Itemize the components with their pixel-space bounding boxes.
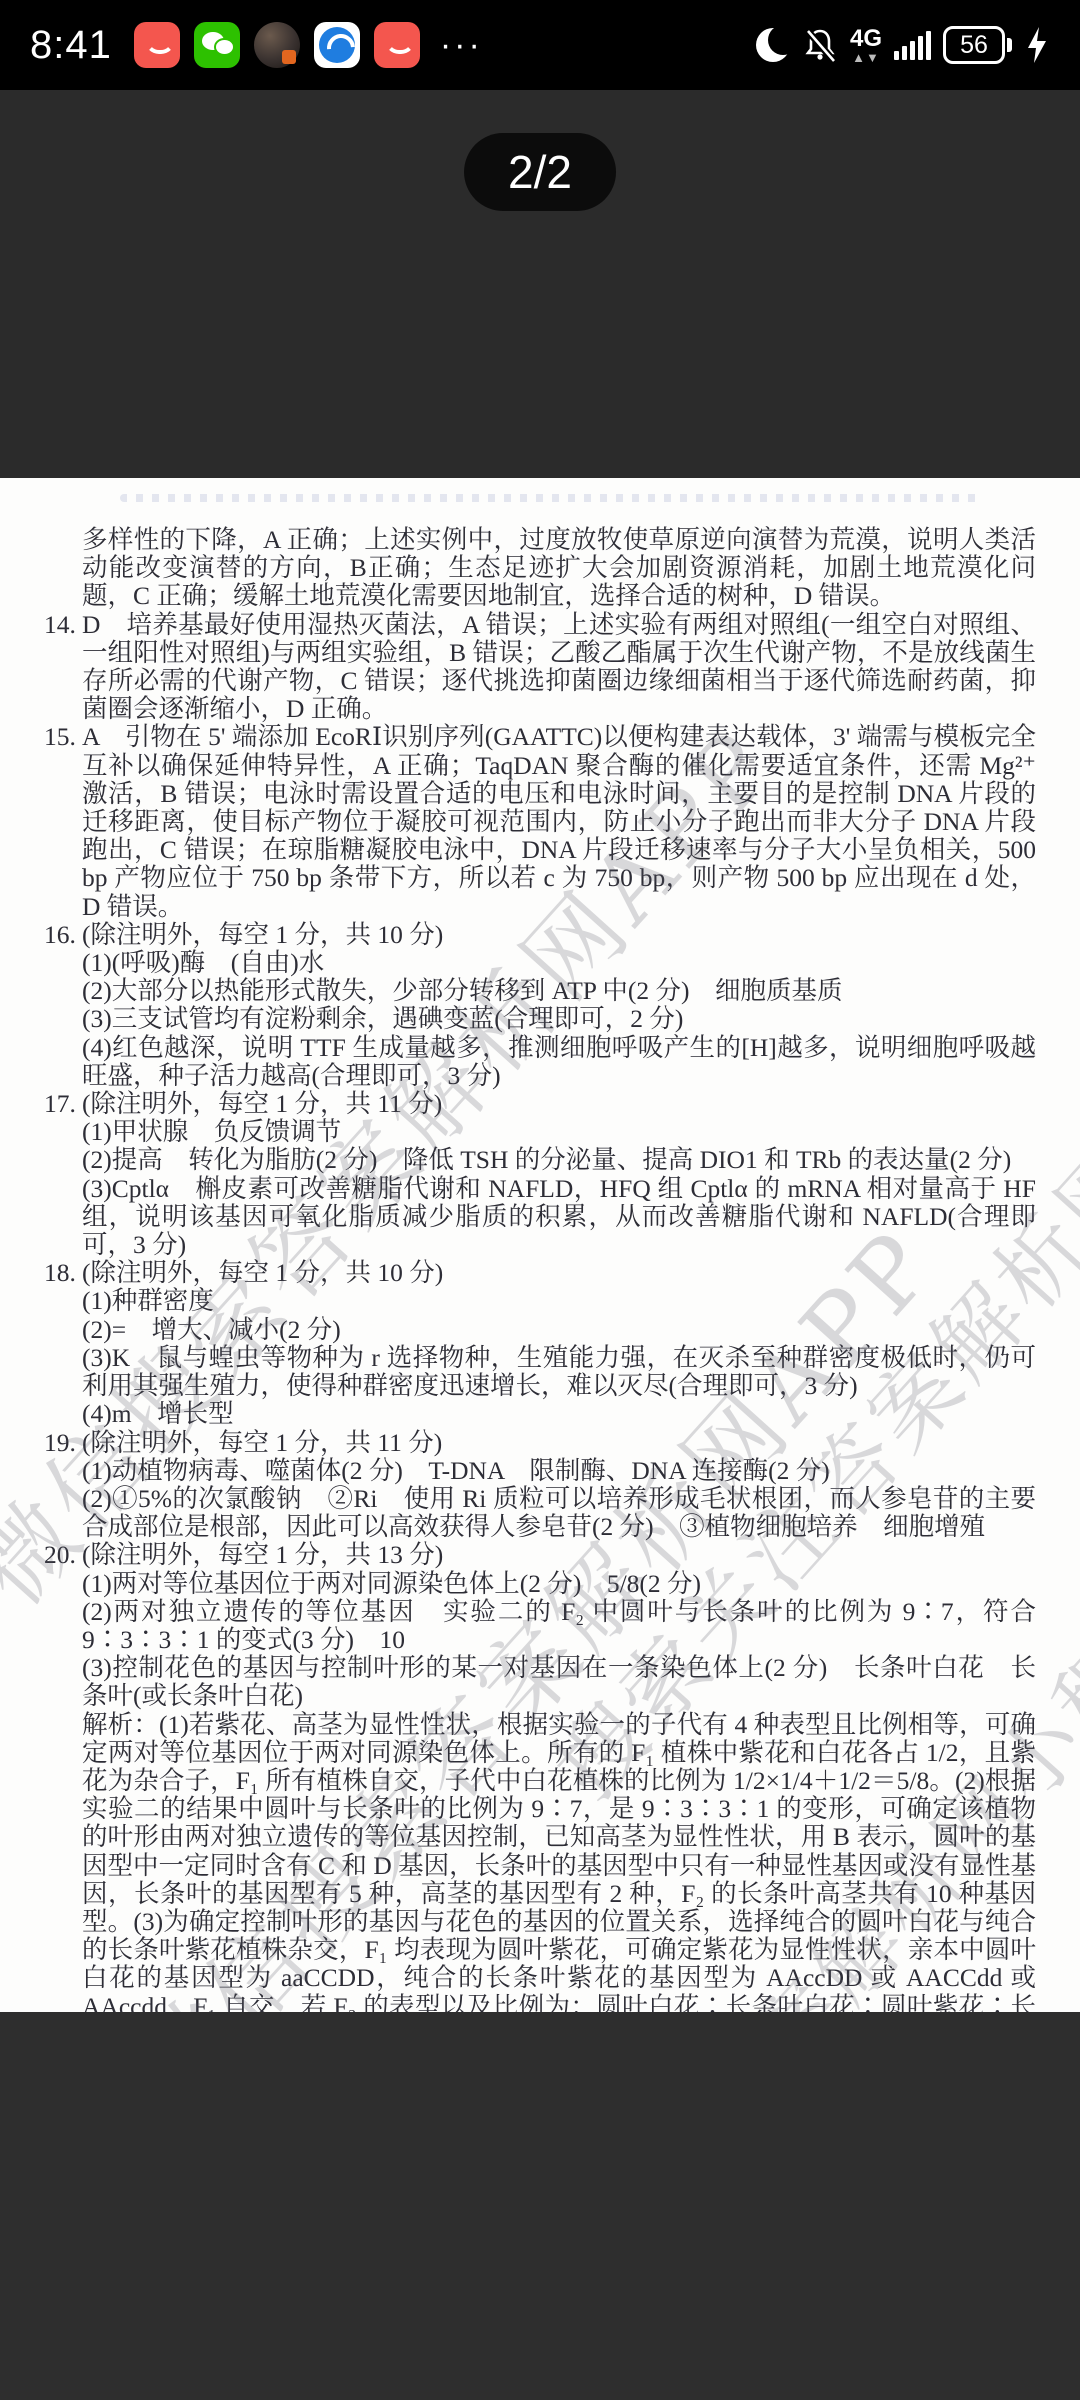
avatar-notification-icon — [254, 22, 300, 68]
answer-item: 16.(除注明外，每空 1 分，共 10 分)(1)(呼吸)酶 (自由)水(2)… — [44, 921, 1036, 1090]
item-number: 17. — [44, 1090, 76, 1118]
item-number: 20. — [44, 1541, 76, 1569]
item-part: (4)m 增长型 — [82, 1400, 1036, 1428]
charging-bolt-icon — [1024, 25, 1050, 65]
item-part: (2)提高 转化为脂肪(2 分) 降低 TSH 的分泌量、提高 DIO1 和 T… — [82, 1146, 1036, 1174]
item-part: 多样性的下降，A 正确；上述实例中，过度放牧使草原逆向演替为荒漠，说明人类活动能… — [82, 526, 1036, 611]
item-part: (2)大部分以热能形式散失，少部分转移到 ATP 中(2 分) 细胞质基质 — [82, 977, 1036, 1005]
item-number: 14. — [44, 611, 76, 639]
item-part: (除注明外，每空 1 分，共 11 分) — [82, 1090, 1036, 1118]
answer-item: 17.(除注明外，每空 1 分，共 11 分)(1)甲状腺 负反馈调节(2)提高… — [44, 1090, 1036, 1259]
battery-indicator: 56 — [943, 26, 1012, 64]
viewer-background-bottom — [0, 2012, 1080, 2400]
mute-bell-icon — [802, 27, 838, 63]
answer-item: 19.(除注明外，每空 1 分，共 11 分)(1)动植物病毒、噬菌体(2 分)… — [44, 1429, 1036, 1542]
item-part: (1)种群密度 — [82, 1287, 1036, 1315]
item-part: (除注明外，每空 1 分，共 10 分) — [82, 1259, 1036, 1287]
answer-text-block: 多样性的下降，A 正确；上述实例中，过度放牧使草原逆向演替为荒漠，说明人类活动能… — [0, 502, 1080, 2012]
item-part: (1)两对等位基因位于两对同源染色体上(2 分) 5/8(2 分) — [82, 1570, 1036, 1598]
item-part: (1)(呼吸)酶 (自由)水 — [82, 949, 1036, 977]
item-part: D 培养基最好使用湿热灭菌法，A 错误；上述实验有两组对照组(一组空白对照组、一… — [82, 611, 1036, 724]
do-not-disturb-moon-icon — [756, 28, 790, 62]
viewer-background-top: 2/2 — [0, 90, 1080, 478]
item-number: 15. — [44, 723, 76, 751]
answer-item: 20.(除注明外，每空 1 分，共 13 分)(1)两对等位基因位于两对同源染色… — [44, 1541, 1036, 2012]
faded-scan-artifact — [120, 494, 980, 502]
shopping-app-icon — [374, 22, 420, 68]
wechat-app-icon — [194, 22, 240, 68]
document-page[interactable]: 多样性的下降，A 正确；上述实例中，过度放牧使草原逆向演替为荒漠，说明人类活动能… — [0, 478, 1080, 2012]
item-part: (2)两对独立遗传的等位基因 实验二的 F₂ 中圆叶与长条叶的比例为 9∶7，符… — [82, 1598, 1036, 1654]
item-part: (除注明外，每空 1 分，共 10 分) — [82, 921, 1036, 949]
answer-item: 18.(除注明外，每空 1 分，共 10 分)(1)种群密度(2)= 增大、减小… — [44, 1259, 1036, 1428]
shopping-app-icon — [134, 22, 180, 68]
item-part: (4)红色越深，说明 TTF 生成量越多，推测细胞呼吸产生的[H]越多，说明细胞… — [82, 1034, 1036, 1090]
item-part: (3)三支试管均有淀粉剩余，遇碘变蓝(合理即可，2 分) — [82, 1005, 1036, 1033]
more-notifications-icon: ··· — [440, 26, 483, 65]
item-part: (2)= 增大、减小(2 分) — [82, 1316, 1036, 1344]
item-part: (除注明外，每空 1 分，共 13 分) — [82, 1541, 1036, 1569]
item-number: 16. — [44, 921, 76, 949]
item-part: (3)控制花色的基因与控制叶形的某一对基因在一条染色体上(2 分) 长条叶白花 … — [82, 1654, 1036, 1710]
item-part: (1)动植物病毒、噬菌体(2 分) T-DNA 限制酶、DNA 连接酶(2 分) — [82, 1457, 1036, 1485]
item-part: (2)①5%的次氯酸钠 ②Ri 使用 Ri 质粒可以培养形成毛状根团，而人参皂苷… — [82, 1485, 1036, 1541]
status-bar: 8:41 ··· 4G ▲▼ 56 — [0, 0, 1080, 90]
item-part: 解析：(1)若紫花、高茎为显性性状，根据实验一的子代有 4 种表型且比例相等，可… — [82, 1711, 1036, 2012]
clock: 8:41 — [30, 23, 112, 68]
network-type-indicator: 4G ▲▼ — [850, 27, 882, 64]
answer-item: 15.A 引物在 5' 端添加 EcoRⅠ识别序列(GAATTC)以便构建表达载… — [44, 723, 1036, 920]
item-part: (除注明外，每空 1 分，共 11 分) — [82, 1429, 1036, 1457]
item-number: 19. — [44, 1429, 76, 1457]
item-number: 18. — [44, 1259, 76, 1287]
browser-app-icon — [314, 22, 360, 68]
page-indicator-badge: 2/2 — [464, 133, 616, 211]
answer-item: 14.D 培养基最好使用湿热灭菌法，A 错误；上述实验有两组对照组(一组空白对照… — [44, 611, 1036, 724]
item-part: A 引物在 5' 端添加 EcoRⅠ识别序列(GAATTC)以便构建表达载体，3… — [82, 723, 1036, 920]
signal-strength-icon — [894, 30, 931, 60]
item-part: (3)K 鼠与蝗虫等物种为 r 选择物种，生殖能力强，在灭杀至种群密度极低时，仍… — [82, 1344, 1036, 1400]
item-part: (3)Cptlα 槲皮素可改善糖脂代谢和 NAFLD，HFQ 组 Cptlα 的… — [82, 1175, 1036, 1260]
item-part: (1)甲状腺 负反馈调节 — [82, 1118, 1036, 1146]
answer-item: 多样性的下降，A 正确；上述实例中，过度放牧使草原逆向演替为荒漠，说明人类活动能… — [44, 526, 1036, 611]
